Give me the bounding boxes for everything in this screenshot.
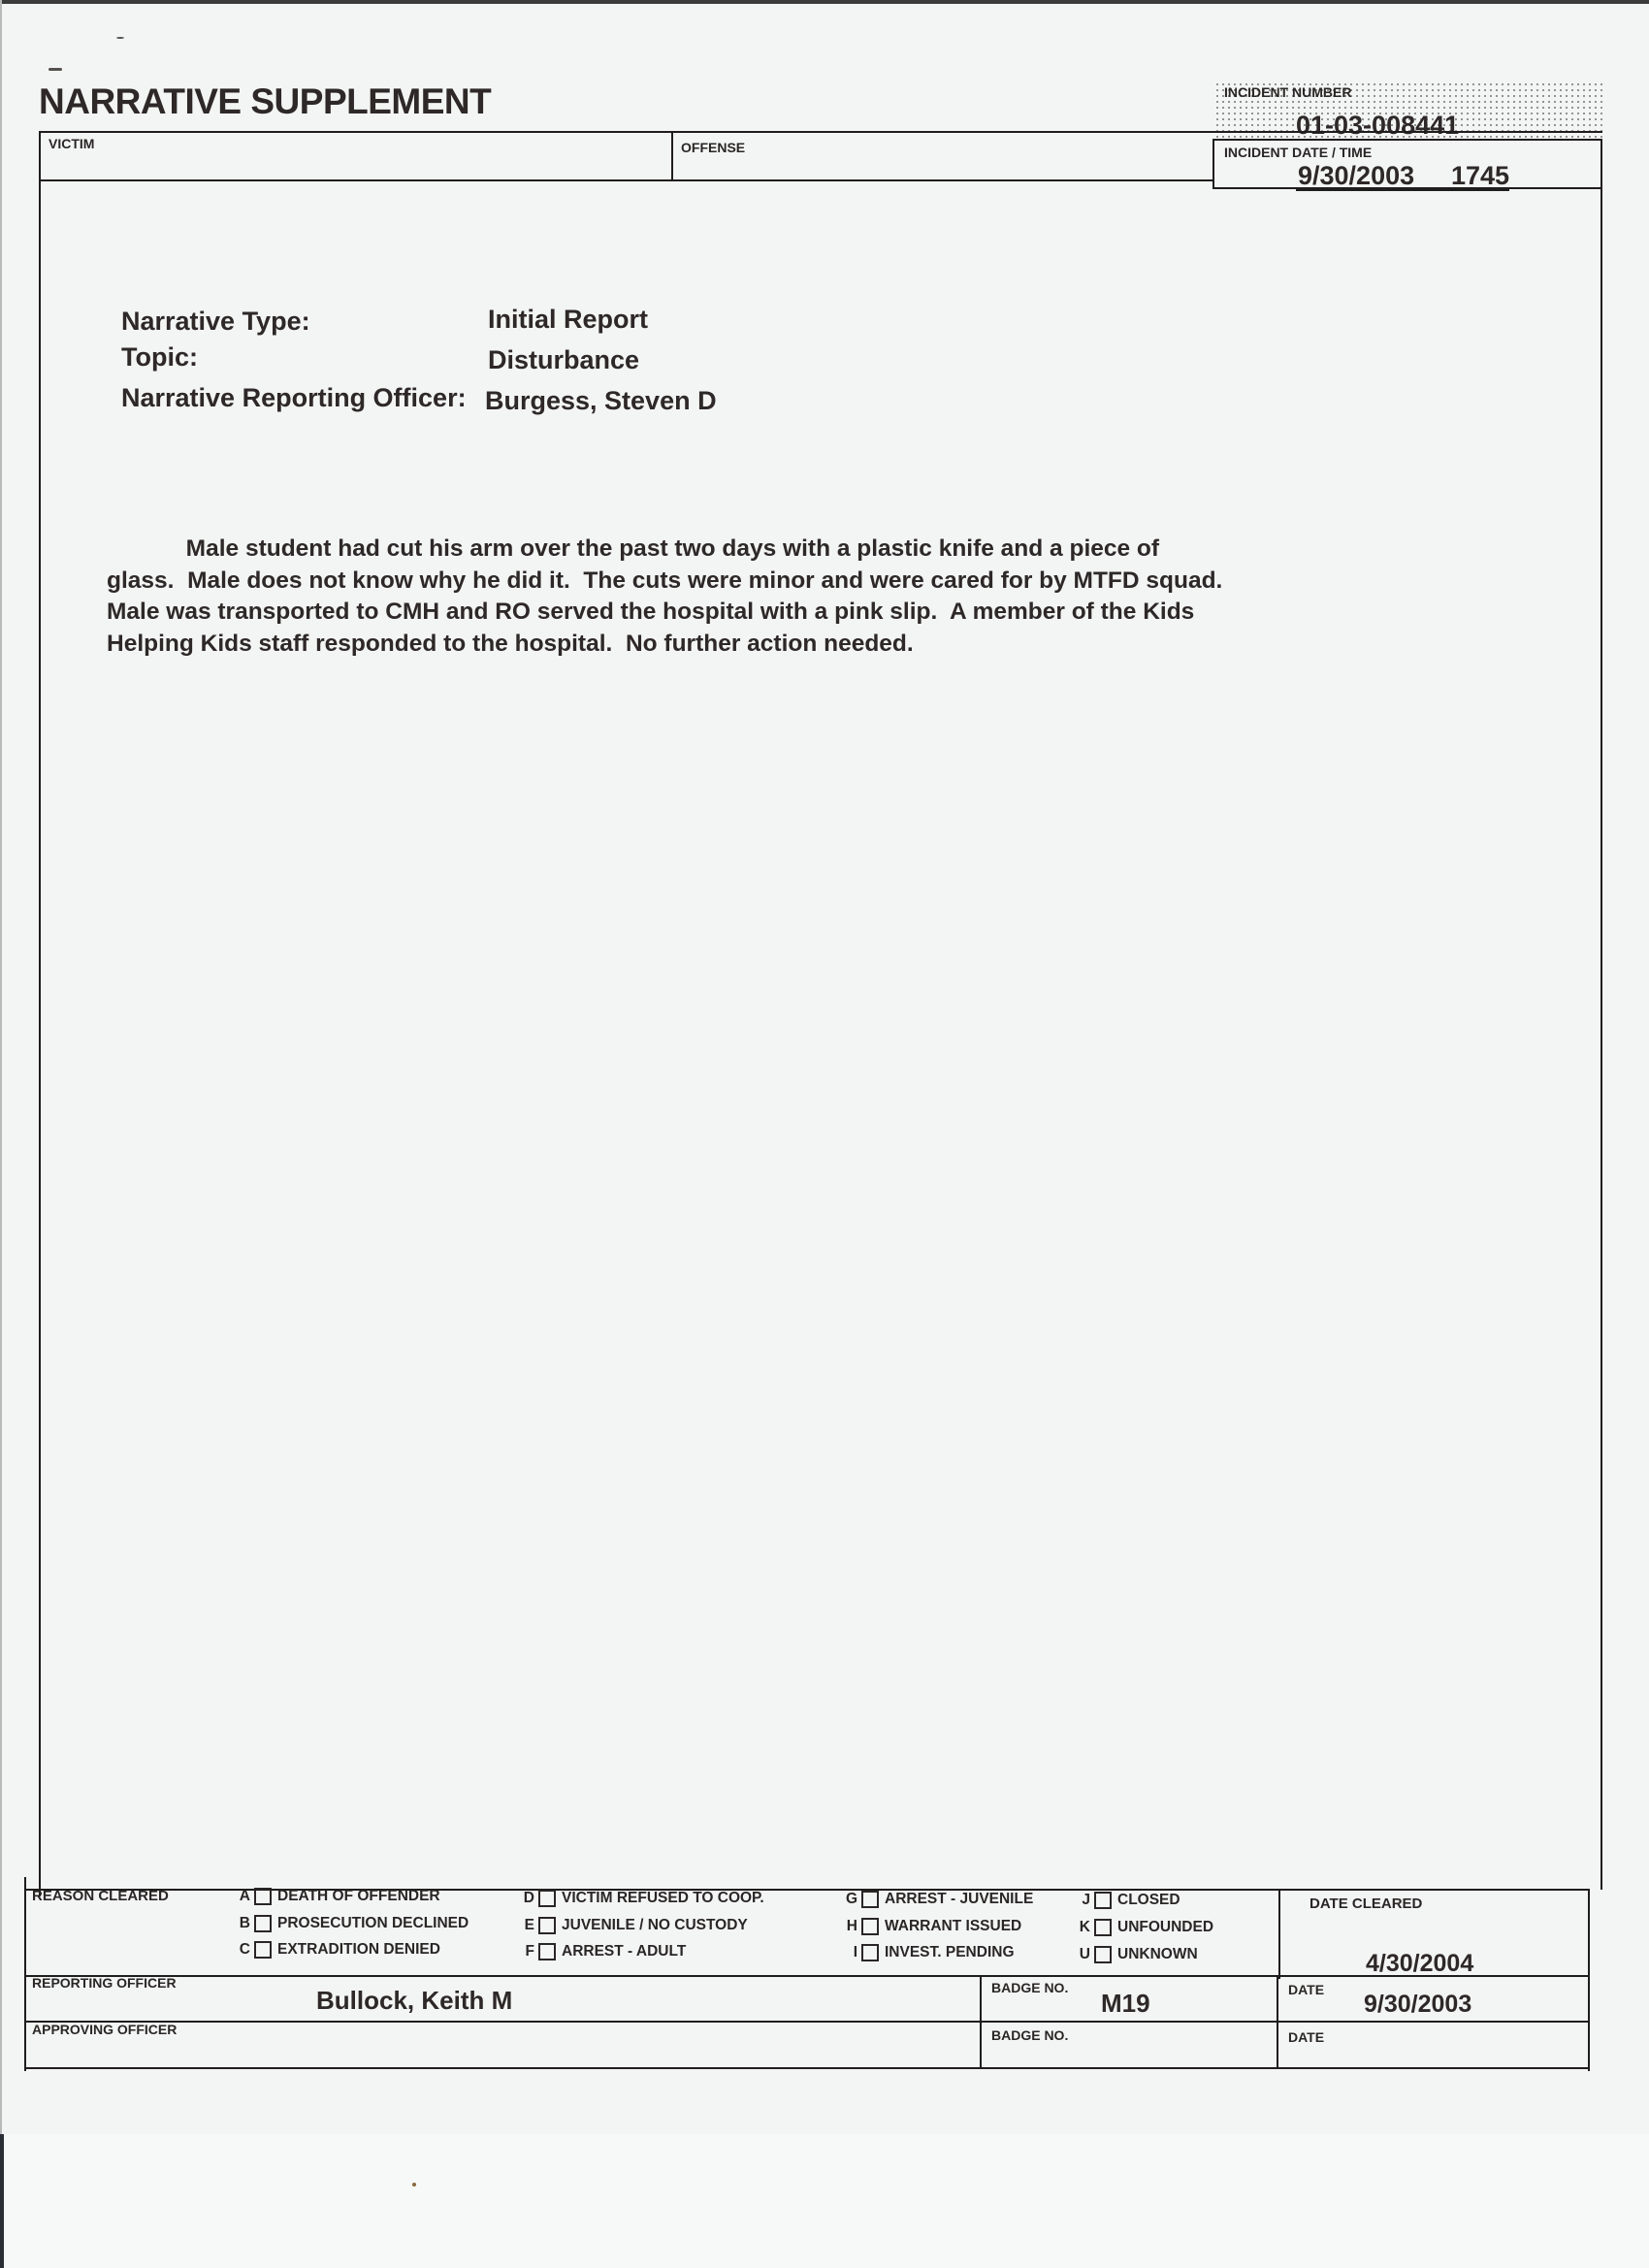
approving-date-label: DATE	[1288, 2029, 1324, 2045]
approving-officer-name	[310, 2037, 892, 2062]
narrative-line: Male student had cut his arm over the pa…	[107, 534, 1309, 566]
reason-option-d[interactable]: D VICTIM REFUSED TO COOP.	[517, 1890, 764, 1907]
option-label: UNFOUNDED	[1117, 1919, 1213, 1936]
victim-label: VICTIM	[48, 136, 94, 151]
scan-speck	[116, 37, 124, 39]
reason-option-g[interactable]: G ARREST - JUVENILE	[840, 1891, 1033, 1908]
reporting-date-value: 9/30/2003	[1364, 1991, 1471, 2019]
option-letter: I	[840, 1944, 857, 1961]
form-title: NARRATIVE SUPPLEMENT	[39, 81, 491, 122]
form-left-border	[39, 131, 41, 1896]
topic-label: Topic:	[121, 342, 198, 373]
reason-option-c[interactable]: C EXTRADITION DENIED	[233, 1941, 440, 1959]
form-right-border	[1600, 139, 1602, 1890]
incident-date-underline	[1296, 189, 1509, 191]
scan-speck	[48, 68, 62, 71]
bottom-right-border	[1588, 1889, 1590, 2071]
option-label: JUVENILE / NO CUSTODY	[562, 1917, 748, 1934]
reporting-officer-label: REPORTING OFFICER	[32, 1975, 177, 1991]
checkbox[interactable]	[254, 1941, 272, 1959]
checkbox[interactable]	[254, 1888, 272, 1905]
reporting-badge-label: BADGE NO.	[991, 1980, 1068, 1995]
option-letter: J	[1073, 1892, 1090, 1909]
date-cleared-label: DATE CLEARED	[1309, 1895, 1422, 1912]
incident-date-value: 9/30/2003	[1298, 161, 1414, 191]
victim-field	[48, 153, 660, 177]
approving-badge-value	[1067, 2037, 1261, 2062]
reporting-officer-top-border	[24, 1975, 1590, 1977]
header-top-border	[39, 131, 1602, 133]
narrative-type-label: Narrative Type:	[121, 307, 310, 337]
reporting-officer-info-label: Narrative Reporting Officer:	[121, 383, 467, 413]
approving-date-value	[1358, 2037, 1571, 2062]
offense-label: OFFENSE	[681, 140, 745, 155]
checkbox[interactable]	[254, 1915, 272, 1932]
reporting-officer-name: Bullock, Keith M	[316, 1986, 512, 2016]
option-letter: F	[517, 1943, 534, 1960]
option-label: ARREST - JUVENILE	[885, 1891, 1033, 1908]
checkbox[interactable]	[861, 1891, 879, 1908]
reason-option-i[interactable]: I INVEST. PENDING	[840, 1944, 1015, 1961]
option-letter: C	[233, 1941, 250, 1959]
option-letter: B	[233, 1915, 250, 1932]
reason-option-k[interactable]: K UNFOUNDED	[1073, 1919, 1213, 1936]
option-label: CLOSED	[1117, 1892, 1180, 1909]
incident-time-value: 1745	[1451, 161, 1509, 191]
checkbox[interactable]	[538, 1917, 556, 1934]
reason-option-u[interactable]: U UNKNOWN	[1073, 1946, 1198, 1963]
badge-divider	[980, 1976, 982, 2069]
option-letter: D	[517, 1890, 534, 1907]
reason-option-h[interactable]: H WARRANT ISSUED	[840, 1918, 1021, 1935]
incident-number-label: INCIDENT NUMBER	[1224, 84, 1351, 100]
date-divider	[1277, 1976, 1278, 2069]
option-letter: K	[1073, 1919, 1090, 1936]
reason-option-j[interactable]: J CLOSED	[1073, 1892, 1180, 1909]
reason-option-e[interactable]: E JUVENILE / NO CUSTODY	[517, 1917, 748, 1934]
approving-badge-label: BADGE NO.	[991, 2027, 1068, 2043]
scan-lower-band	[0, 2134, 1649, 2268]
reason-option-f[interactable]: F ARREST - ADULT	[517, 1943, 686, 1960]
reporting-officer-info-value: Burgess, Steven D	[485, 386, 717, 416]
approving-officer-top-border	[24, 2021, 1590, 2023]
checkbox[interactable]	[538, 1943, 556, 1960]
date-cleared-value: 4/30/2004	[1366, 1950, 1473, 1978]
offense-field	[681, 157, 1205, 178]
option-letter: E	[517, 1917, 534, 1934]
form-bottom-border	[24, 2067, 1590, 2069]
checkbox[interactable]	[1094, 1919, 1112, 1936]
option-label: INVEST. PENDING	[885, 1944, 1015, 1961]
option-letter: A	[233, 1888, 250, 1905]
narrative-line: glass. Male does not know why he did it.…	[107, 566, 1309, 598]
scan-top-edge	[0, 0, 1649, 4]
incident-date-top-border	[1212, 139, 1602, 141]
reporting-date-label: DATE	[1288, 1982, 1324, 1997]
option-letter: G	[840, 1891, 857, 1908]
checkbox[interactable]	[538, 1890, 556, 1907]
narrative-line: Helping Kids staff responded to the hosp…	[107, 629, 1309, 661]
incident-datetime-label: INCIDENT DATE / TIME	[1224, 145, 1372, 160]
checkbox[interactable]	[1094, 1892, 1112, 1909]
reason-cleared-label: REASON CLEARED	[32, 1888, 169, 1904]
checkbox[interactable]	[861, 1944, 879, 1961]
option-letter: H	[840, 1918, 857, 1935]
reporting-badge-value: M19	[1101, 1989, 1150, 2019]
victim-offense-divider	[671, 131, 673, 181]
option-label: WARRANT ISSUED	[885, 1918, 1021, 1935]
option-label: ARREST - ADULT	[562, 1943, 686, 1960]
scan-speck	[412, 2183, 416, 2187]
option-label: EXTRADITION DENIED	[277, 1941, 440, 1959]
bottom-left-border	[24, 1877, 26, 2071]
checkbox[interactable]	[861, 1918, 879, 1935]
option-label: UNKNOWN	[1117, 1946, 1198, 1963]
narrative-line: Male was transported to CMH and RO serve…	[107, 597, 1309, 629]
header-bottom-border	[39, 179, 1214, 181]
reason-option-b[interactable]: B PROSECUTION DECLINED	[233, 1915, 469, 1932]
approving-officer-label: APPROVING OFFICER	[32, 2022, 177, 2037]
reason-option-a[interactable]: A DEATH OF OFFENDER	[233, 1888, 440, 1905]
narrative-body: Male student had cut his arm over the pa…	[107, 534, 1309, 660]
topic-value: Disturbance	[488, 345, 639, 375]
scan-left-edge	[0, 0, 2, 2134]
date-cleared-divider	[1278, 1890, 1280, 1979]
incident-number-value: 01-03-008441	[1296, 111, 1459, 141]
offense-incident-divider	[1212, 139, 1214, 189]
option-label: VICTIM REFUSED TO COOP.	[562, 1890, 764, 1907]
option-label: DEATH OF OFFENDER	[277, 1888, 440, 1905]
checkbox[interactable]	[1094, 1946, 1112, 1963]
option-letter: U	[1073, 1946, 1090, 1963]
narrative-type-value: Initial Report	[488, 305, 648, 335]
option-label: PROSECUTION DECLINED	[277, 1915, 469, 1932]
